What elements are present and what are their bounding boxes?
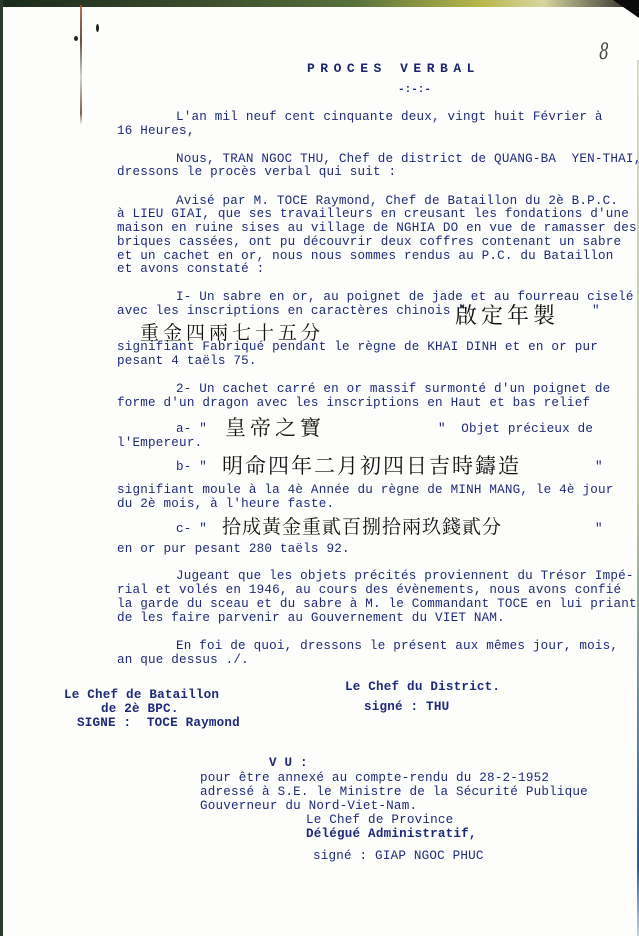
ink-speck: [74, 36, 78, 41]
scan-left-border: [0, 0, 3, 936]
vu-heading: V U :: [269, 756, 308, 770]
item-2a-description: " Objet précieux de: [438, 422, 593, 436]
signature-right-title: Le Chef du District.: [345, 680, 500, 694]
scan-corner-shadow: [613, 0, 639, 18]
chinese-inscription-khai-dinh: 啟定年製: [455, 299, 559, 330]
item-2c-label: c- ": [176, 522, 207, 536]
item-2a-label: a- ": [176, 422, 207, 436]
vu-line: pour être annexé au compte-rendu du 28-2…: [200, 771, 549, 785]
close-quote: ": [592, 304, 600, 318]
chinese-inscription-imperial-seal: 皇帝之寶: [225, 412, 325, 442]
paragraph-context-line: et avons constaté :: [117, 262, 264, 276]
item-1-meaning-line: signifiant Fabriqué pendant le règne de …: [117, 340, 598, 354]
vu-line: adressé à S.E. le Ministre de la Sécurit…: [200, 785, 588, 799]
signature-right-signed: signé : THU: [364, 700, 449, 714]
item-2-line: 2- Un cachet carré en or massif surmonté…: [176, 382, 610, 396]
item-2b-meaning-line: signifiant moule à la 4è Année du règne …: [117, 483, 613, 497]
paragraph-date-line: L'an mil neuf cent cinquante deux, vingt…: [176, 110, 603, 124]
item-2-line: forme d'un dragon avec les inscriptions …: [117, 396, 590, 410]
close-quote: ": [595, 522, 603, 536]
paper-crease-mark: [80, 5, 82, 125]
item-2b-meaning-line: du 2è mois, à l'heure faste.: [117, 497, 334, 511]
scan-top-border: [0, 0, 639, 7]
paragraph-date-line: 16 Heures,: [117, 124, 195, 138]
paragraph-judgement-line: rial et volés en 1946, au cours des évèn…: [117, 583, 621, 597]
item-2a-description: l'Empereur.: [117, 436, 202, 450]
signature-left-unit: de 2è BPC.: [101, 702, 179, 716]
signature-left-title: Le Chef de Bataillon: [64, 688, 219, 702]
item-2c-meaning-line: en or pur pesant 280 taëls 92.: [117, 542, 350, 556]
signature-left-signed: SIGNE : TOCE Raymond: [77, 716, 240, 730]
item-2b-label: b- ": [176, 460, 207, 474]
paragraph-context-line: maison en ruine sises au village de NGHI…: [117, 221, 637, 235]
item-1-meaning-line: pesant 4 taëls 75.: [117, 354, 257, 368]
chinese-inscription-minh-mang: 明命四年二月初四日吉時鑄造: [222, 450, 521, 480]
paragraph-author-line: dressons le procès verbal qui suit :: [117, 165, 396, 179]
paragraph-judgement-line: de les faire parvenir au Gouvernement du…: [117, 611, 505, 625]
title-separator: -:-:-: [398, 84, 431, 96]
document-title: PROCES VERBAL: [307, 61, 480, 76]
paragraph-context-line: à LIEU GIAI, que ses travailleurs en cre…: [117, 207, 629, 221]
handwritten-page-number: 8: [599, 40, 609, 65]
vu-signer-title: Le Chef de Province: [306, 813, 453, 827]
ink-speck: [96, 24, 99, 32]
vu-signer-role: Délégué Administratif,: [306, 827, 477, 841]
paragraph-closing-line: an que dessus ./.: [117, 653, 249, 667]
item-1-line: I- Un sabre en or, au poignet de jade et…: [176, 290, 634, 304]
paragraph-context-line: briques cassées, ont pu découvrir deux c…: [117, 235, 621, 249]
paragraph-judgement-line: Jugeant que les objets précités provienn…: [176, 569, 634, 583]
paragraph-author-line: Nous, TRAN NGOC THU, Chef de district de…: [176, 152, 639, 166]
item-1-line: avec les inscriptions en caractères chin…: [117, 304, 466, 318]
vu-signed: signé : GIAP NGOC PHUC: [313, 849, 484, 863]
chinese-inscription-gold-weight: 拾成黃金重貳百捌拾兩玖錢貳分: [222, 512, 502, 539]
paragraph-context-line: et un cachet en or, nous nous sommes ren…: [117, 249, 613, 263]
close-quote: ": [595, 460, 603, 474]
paragraph-judgement-line: la garde du sceau et du sabre à M. le Co…: [117, 597, 637, 611]
paragraph-context-line: Avisé par M. TOCE Raymond, Chef de Batai…: [176, 194, 618, 208]
vu-line: Gouverneur du Nord-Viet-Nam.: [200, 799, 417, 813]
paragraph-closing-line: En foi de quoi, dressons le présent aux …: [176, 639, 618, 653]
